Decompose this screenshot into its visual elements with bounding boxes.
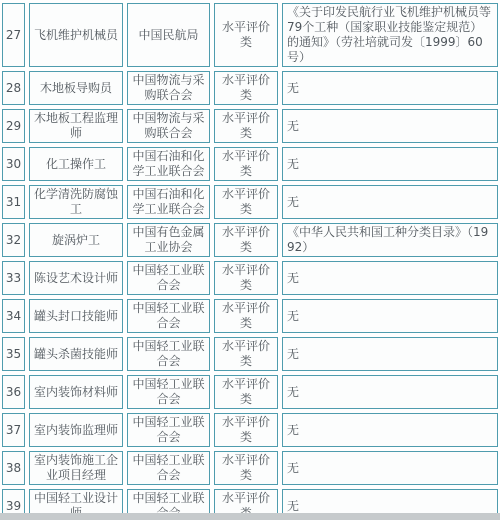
cell-row-number: 34 (2, 299, 25, 333)
cell-notes: 无 (282, 261, 498, 295)
occupation-table: 27 飞机维护机械员 中国民航局 水平评价类 《关于印发民航行业飞机维护机械员等… (0, 0, 500, 520)
table-row: 29 木地板工程监理师 中国物流与采购联合会 水平评价类 无 (2, 109, 498, 143)
cell-organization: 中国轻工业联合会 (127, 261, 210, 295)
cell-organization: 中国石油和化学工业联合会 (127, 147, 210, 181)
cell-occupation-name: 旋涡炉工 (29, 223, 123, 257)
cell-occupation-name: 木地板导购员 (29, 71, 123, 105)
table-row: 32 旋涡炉工 中国有色金属工业协会 水平评价类 《中华人民共和国工种分类目录》… (2, 223, 498, 257)
cell-organization: 中国轻工业联合会 (127, 337, 210, 371)
table-body: 27 飞机维护机械员 中国民航局 水平评价类 《关于印发民航行业飞机维护机械员等… (2, 3, 498, 520)
document-page: 27 飞机维护机械员 中国民航局 水平评价类 《关于印发民航行业飞机维护机械员等… (0, 0, 500, 520)
cell-organization: 中国物流与采购联合会 (127, 71, 210, 105)
cell-organization: 中国物流与采购联合会 (127, 109, 210, 143)
cell-notes: 无 (282, 109, 498, 143)
cell-evaluation-type: 水平评价类 (214, 185, 278, 219)
cell-occupation-name: 飞机维护机械员 (29, 3, 123, 67)
cell-evaluation-type: 水平评价类 (214, 375, 278, 409)
table-row: 28 木地板导购员 中国物流与采购联合会 水平评价类 无 (2, 71, 498, 105)
cell-notes: 无 (282, 337, 498, 371)
cell-organization: 中国轻工业联合会 (127, 299, 210, 333)
cell-row-number: 32 (2, 223, 25, 257)
cell-evaluation-type: 水平评价类 (214, 299, 278, 333)
cell-row-number: 28 (2, 71, 25, 105)
cell-organization: 中国有色金属工业协会 (127, 223, 210, 257)
cell-evaluation-type: 水平评价类 (214, 147, 278, 181)
table-row: 33 陈设艺术设计师 中国轻工业联合会 水平评价类 无 (2, 261, 498, 295)
cell-evaluation-type: 水平评价类 (214, 3, 278, 67)
cell-row-number: 30 (2, 147, 25, 181)
cell-notes: 无 (282, 451, 498, 485)
table-row: 27 飞机维护机械员 中国民航局 水平评价类 《关于印发民航行业飞机维护机械员等… (2, 3, 498, 67)
bottom-gray-strip (0, 513, 500, 520)
cell-occupation-name: 化学清洗防腐蚀工 (29, 185, 123, 219)
cell-row-number: 29 (2, 109, 25, 143)
table-row: 35 罐头杀菌技能师 中国轻工业联合会 水平评价类 无 (2, 337, 498, 371)
cell-occupation-name: 室内装饰监理师 (29, 413, 123, 447)
cell-evaluation-type: 水平评价类 (214, 451, 278, 485)
cell-evaluation-type: 水平评价类 (214, 261, 278, 295)
cell-row-number: 38 (2, 451, 25, 485)
cell-row-number: 37 (2, 413, 25, 447)
cell-organization: 中国石油和化学工业联合会 (127, 185, 210, 219)
table-row: 38 室内装饰施工企业项目经理 中国轻工业联合会 水平评价类 无 (2, 451, 498, 485)
cell-organization: 中国轻工业联合会 (127, 451, 210, 485)
cell-notes: 无 (282, 185, 498, 219)
cell-evaluation-type: 水平评价类 (214, 109, 278, 143)
cell-organization: 中国轻工业联合会 (127, 375, 210, 409)
cell-organization: 中国轻工业联合会 (127, 413, 210, 447)
cell-row-number: 35 (2, 337, 25, 371)
cell-notes: 无 (282, 71, 498, 105)
cell-notes: 《中华人民共和国工种分类目录》（1992） (282, 223, 498, 257)
cell-row-number: 33 (2, 261, 25, 295)
cell-occupation-name: 陈设艺术设计师 (29, 261, 123, 295)
cell-occupation-name: 化工操作工 (29, 147, 123, 181)
cell-occupation-name: 罐头杀菌技能师 (29, 337, 123, 371)
cell-organization: 中国民航局 (127, 3, 210, 67)
table-row: 34 罐头封口技能师 中国轻工业联合会 水平评价类 无 (2, 299, 498, 333)
cell-row-number: 36 (2, 375, 25, 409)
cell-row-number: 31 (2, 185, 25, 219)
cell-notes: 《关于印发民航行业飞机维护机械员等79个工种（国家职业技能鉴定规范）的通知》（劳… (282, 3, 498, 67)
table-row: 30 化工操作工 中国石油和化学工业联合会 水平评价类 无 (2, 147, 498, 181)
cell-notes: 无 (282, 375, 498, 409)
cell-occupation-name: 罐头封口技能师 (29, 299, 123, 333)
table-row: 31 化学清洗防腐蚀工 中国石油和化学工业联合会 水平评价类 无 (2, 185, 498, 219)
cell-notes: 无 (282, 147, 498, 181)
cell-occupation-name: 木地板工程监理师 (29, 109, 123, 143)
cell-evaluation-type: 水平评价类 (214, 223, 278, 257)
cell-occupation-name: 室内装饰施工企业项目经理 (29, 451, 123, 485)
cell-evaluation-type: 水平评价类 (214, 337, 278, 371)
table-row: 37 室内装饰监理师 中国轻工业联合会 水平评价类 无 (2, 413, 498, 447)
cell-evaluation-type: 水平评价类 (214, 71, 278, 105)
cell-notes: 无 (282, 299, 498, 333)
cell-row-number: 27 (2, 3, 25, 67)
cell-evaluation-type: 水平评价类 (214, 413, 278, 447)
cell-notes: 无 (282, 413, 498, 447)
cell-occupation-name: 室内装饰材料师 (29, 375, 123, 409)
table-row: 36 室内装饰材料师 中国轻工业联合会 水平评价类 无 (2, 375, 498, 409)
